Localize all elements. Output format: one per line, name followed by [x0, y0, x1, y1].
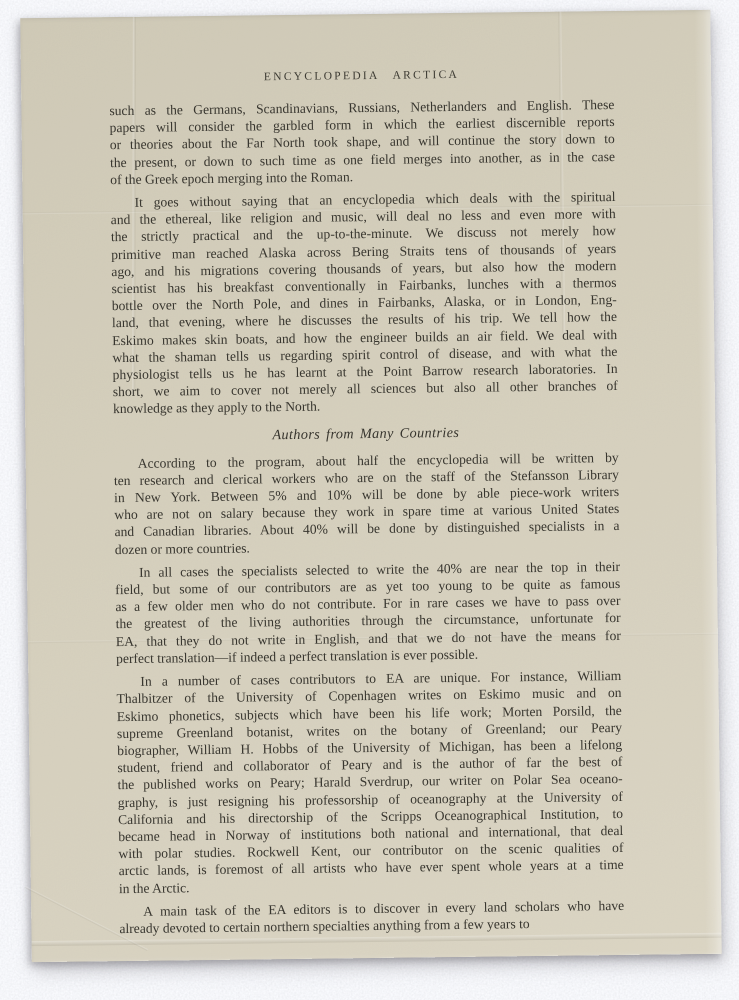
photo-of-document: { "photo": { "background_color": "#eceef… — [0, 0, 739, 1000]
paragraph: In all cases the specialists selected to… — [115, 558, 621, 667]
section-heading: Authors from Many Countries — [113, 423, 618, 446]
text-body: such as the Germans, Scandinavians, Russ… — [109, 96, 624, 937]
paragraph: A main task of the EA editors is to disc… — [119, 897, 624, 938]
paper-sheet: ENCYCLOPEDIA ARCTICA such as the Germans… — [20, 10, 721, 962]
paragraph: such as the Germans, Scandinavians, Russ… — [109, 96, 615, 188]
page-content: ENCYCLOPEDIA ARCTICA such as the Germans… — [20, 10, 721, 962]
paragraph: It goes without saying that an encyclope… — [110, 188, 618, 418]
paragraph: According to the program, about half the… — [114, 449, 620, 558]
paragraph: In a number of cases contributors to EA … — [116, 667, 624, 897]
running-header: ENCYCLOPEDIA ARCTICA — [109, 67, 614, 85]
